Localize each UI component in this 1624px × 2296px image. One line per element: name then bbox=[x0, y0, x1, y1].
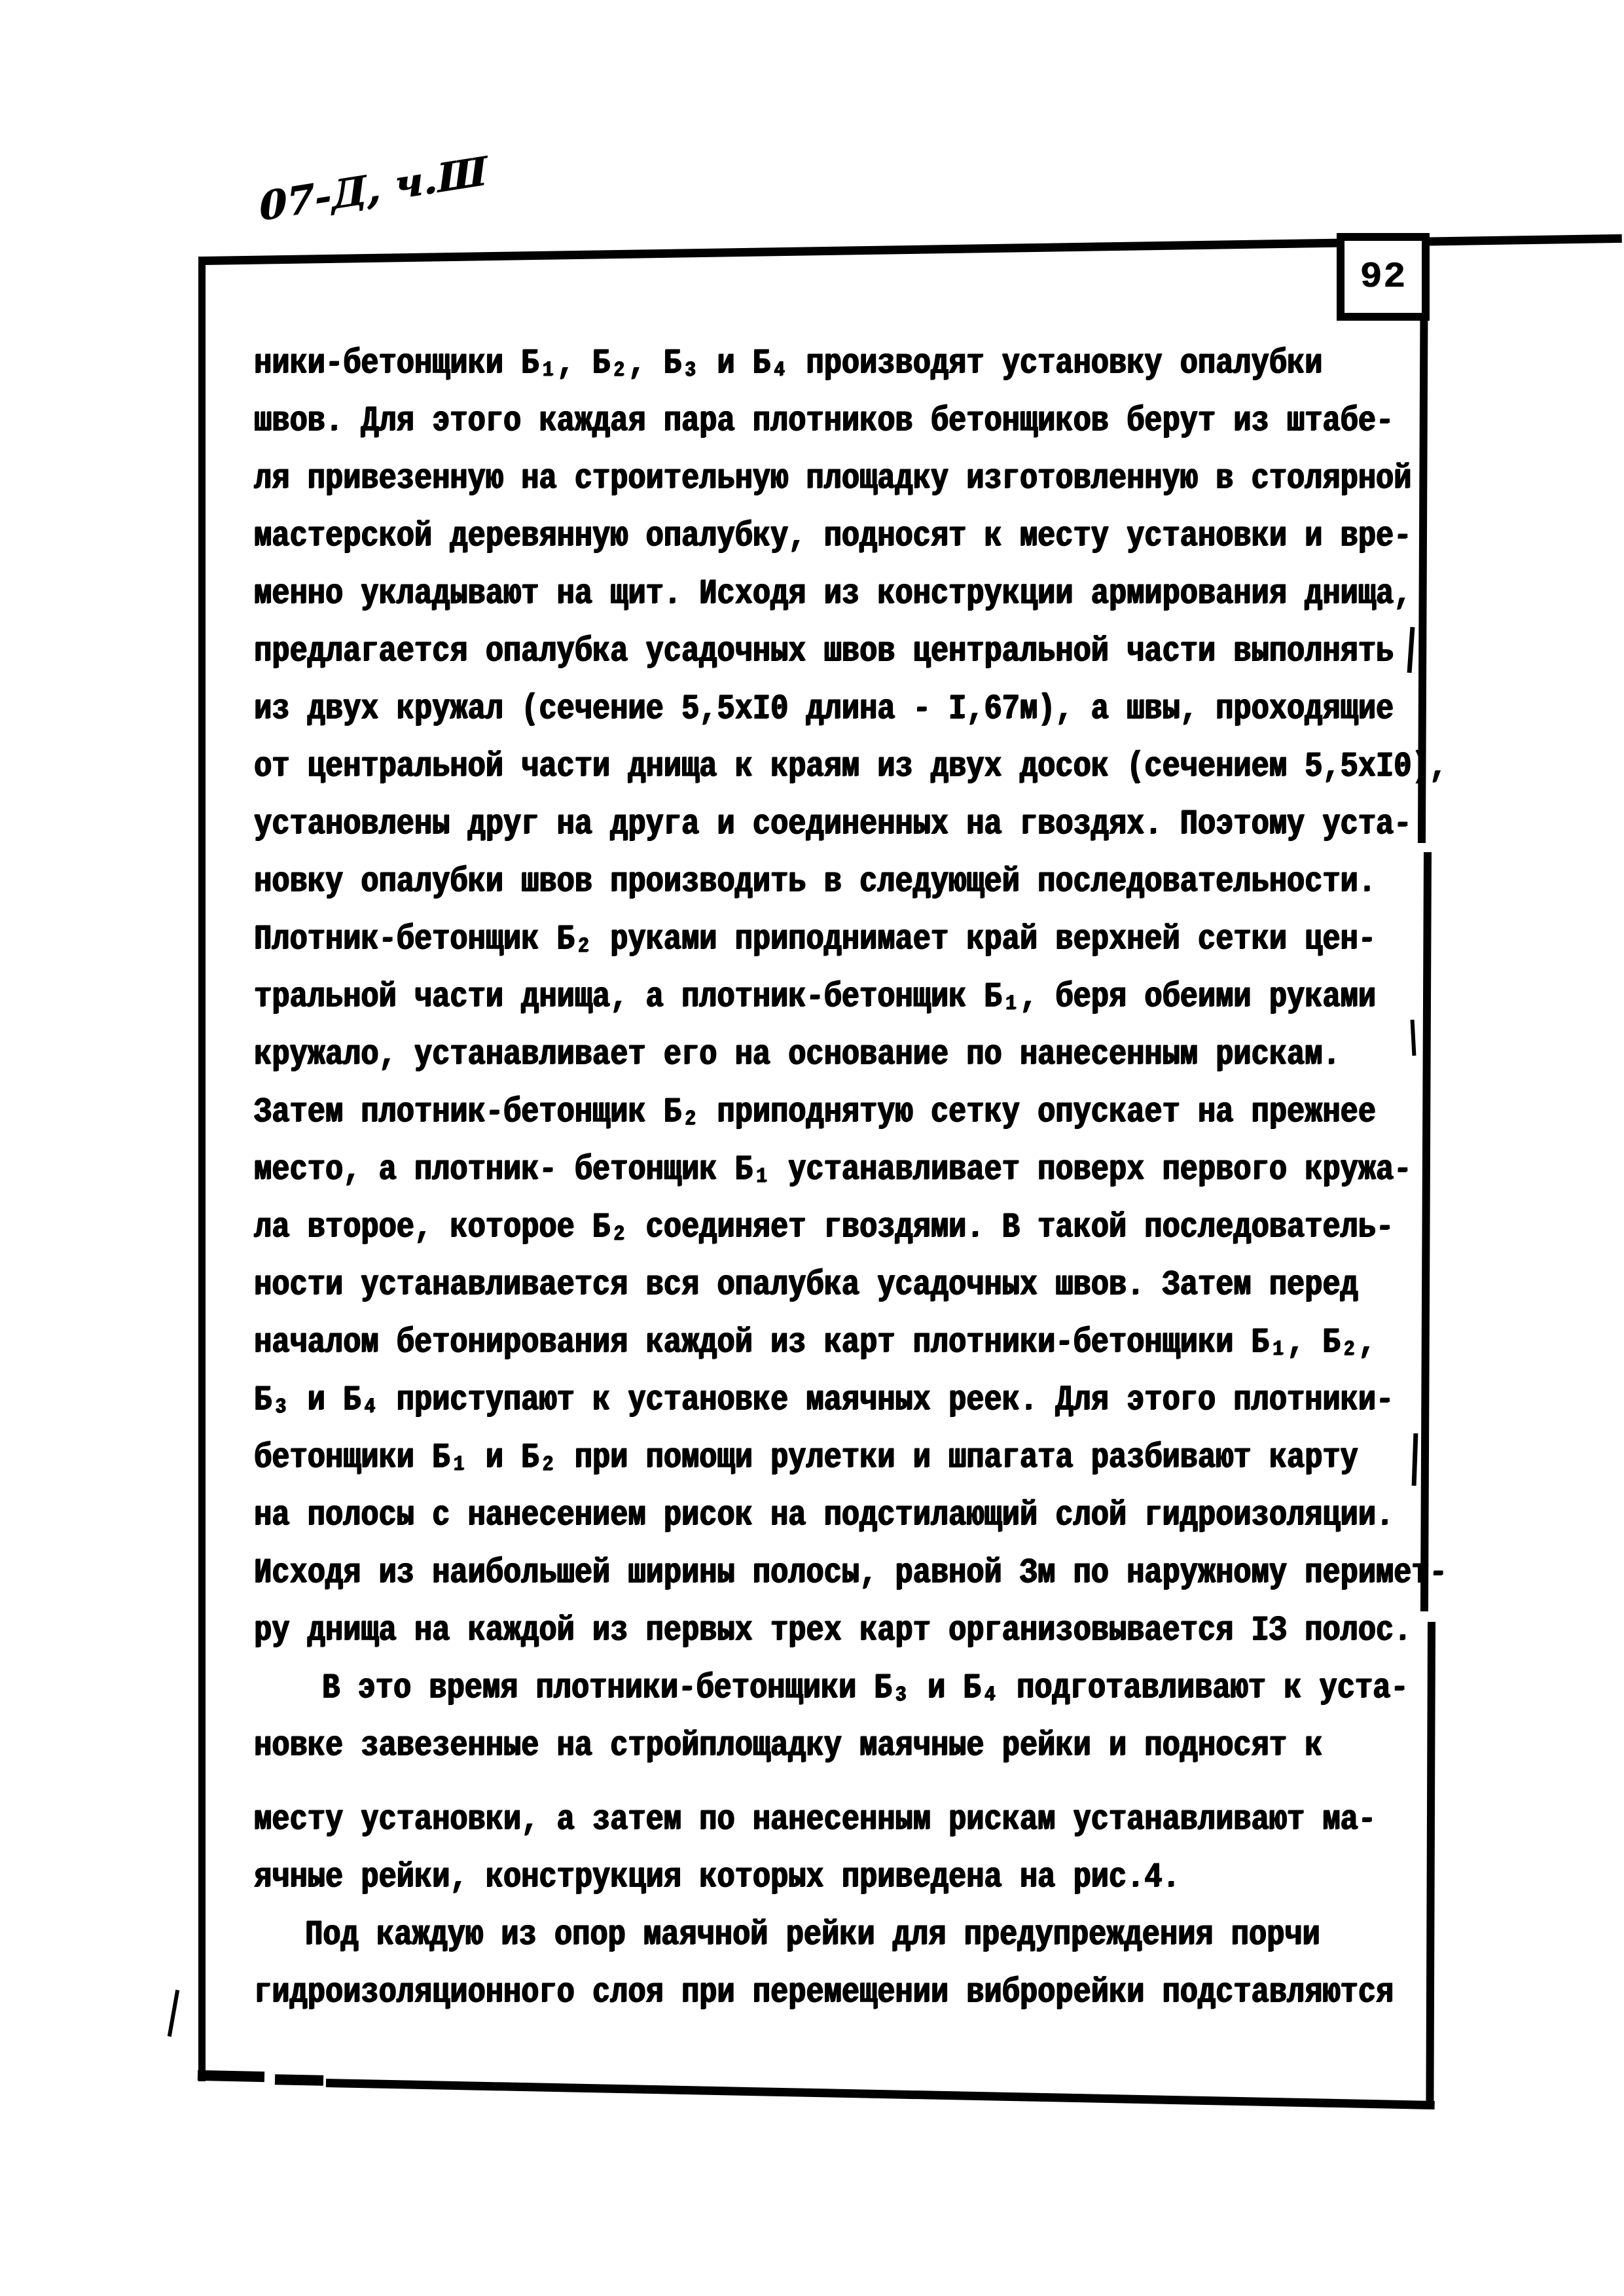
document-sheet: 07-Д, ч.Ш 92 ники-бетонщики Б₁, Б₂, Б₃ и… bbox=[0, 0, 1624, 2296]
frame-bottom-border bbox=[326, 2079, 1435, 2109]
text-line: новке завезенные на стройплощадку маячны… bbox=[254, 1712, 1439, 1781]
page-number: 92 bbox=[1360, 256, 1406, 298]
margin-mark bbox=[168, 1990, 179, 2037]
frame-bottom-dash bbox=[198, 2070, 264, 2082]
frame-left-border bbox=[198, 257, 206, 2081]
handwritten-note: 07-Д, ч.Ш bbox=[258, 149, 488, 230]
text-line: гидроизоляционного слоя при перемещении … bbox=[254, 1958, 1439, 2028]
page-number-box: 92 bbox=[1337, 233, 1430, 321]
text-block: ники-бетонщики Б₁, Б₂, Б₃ и Б₄ производя… bbox=[254, 335, 1439, 2022]
frame-bottom-dash bbox=[275, 2074, 323, 2086]
